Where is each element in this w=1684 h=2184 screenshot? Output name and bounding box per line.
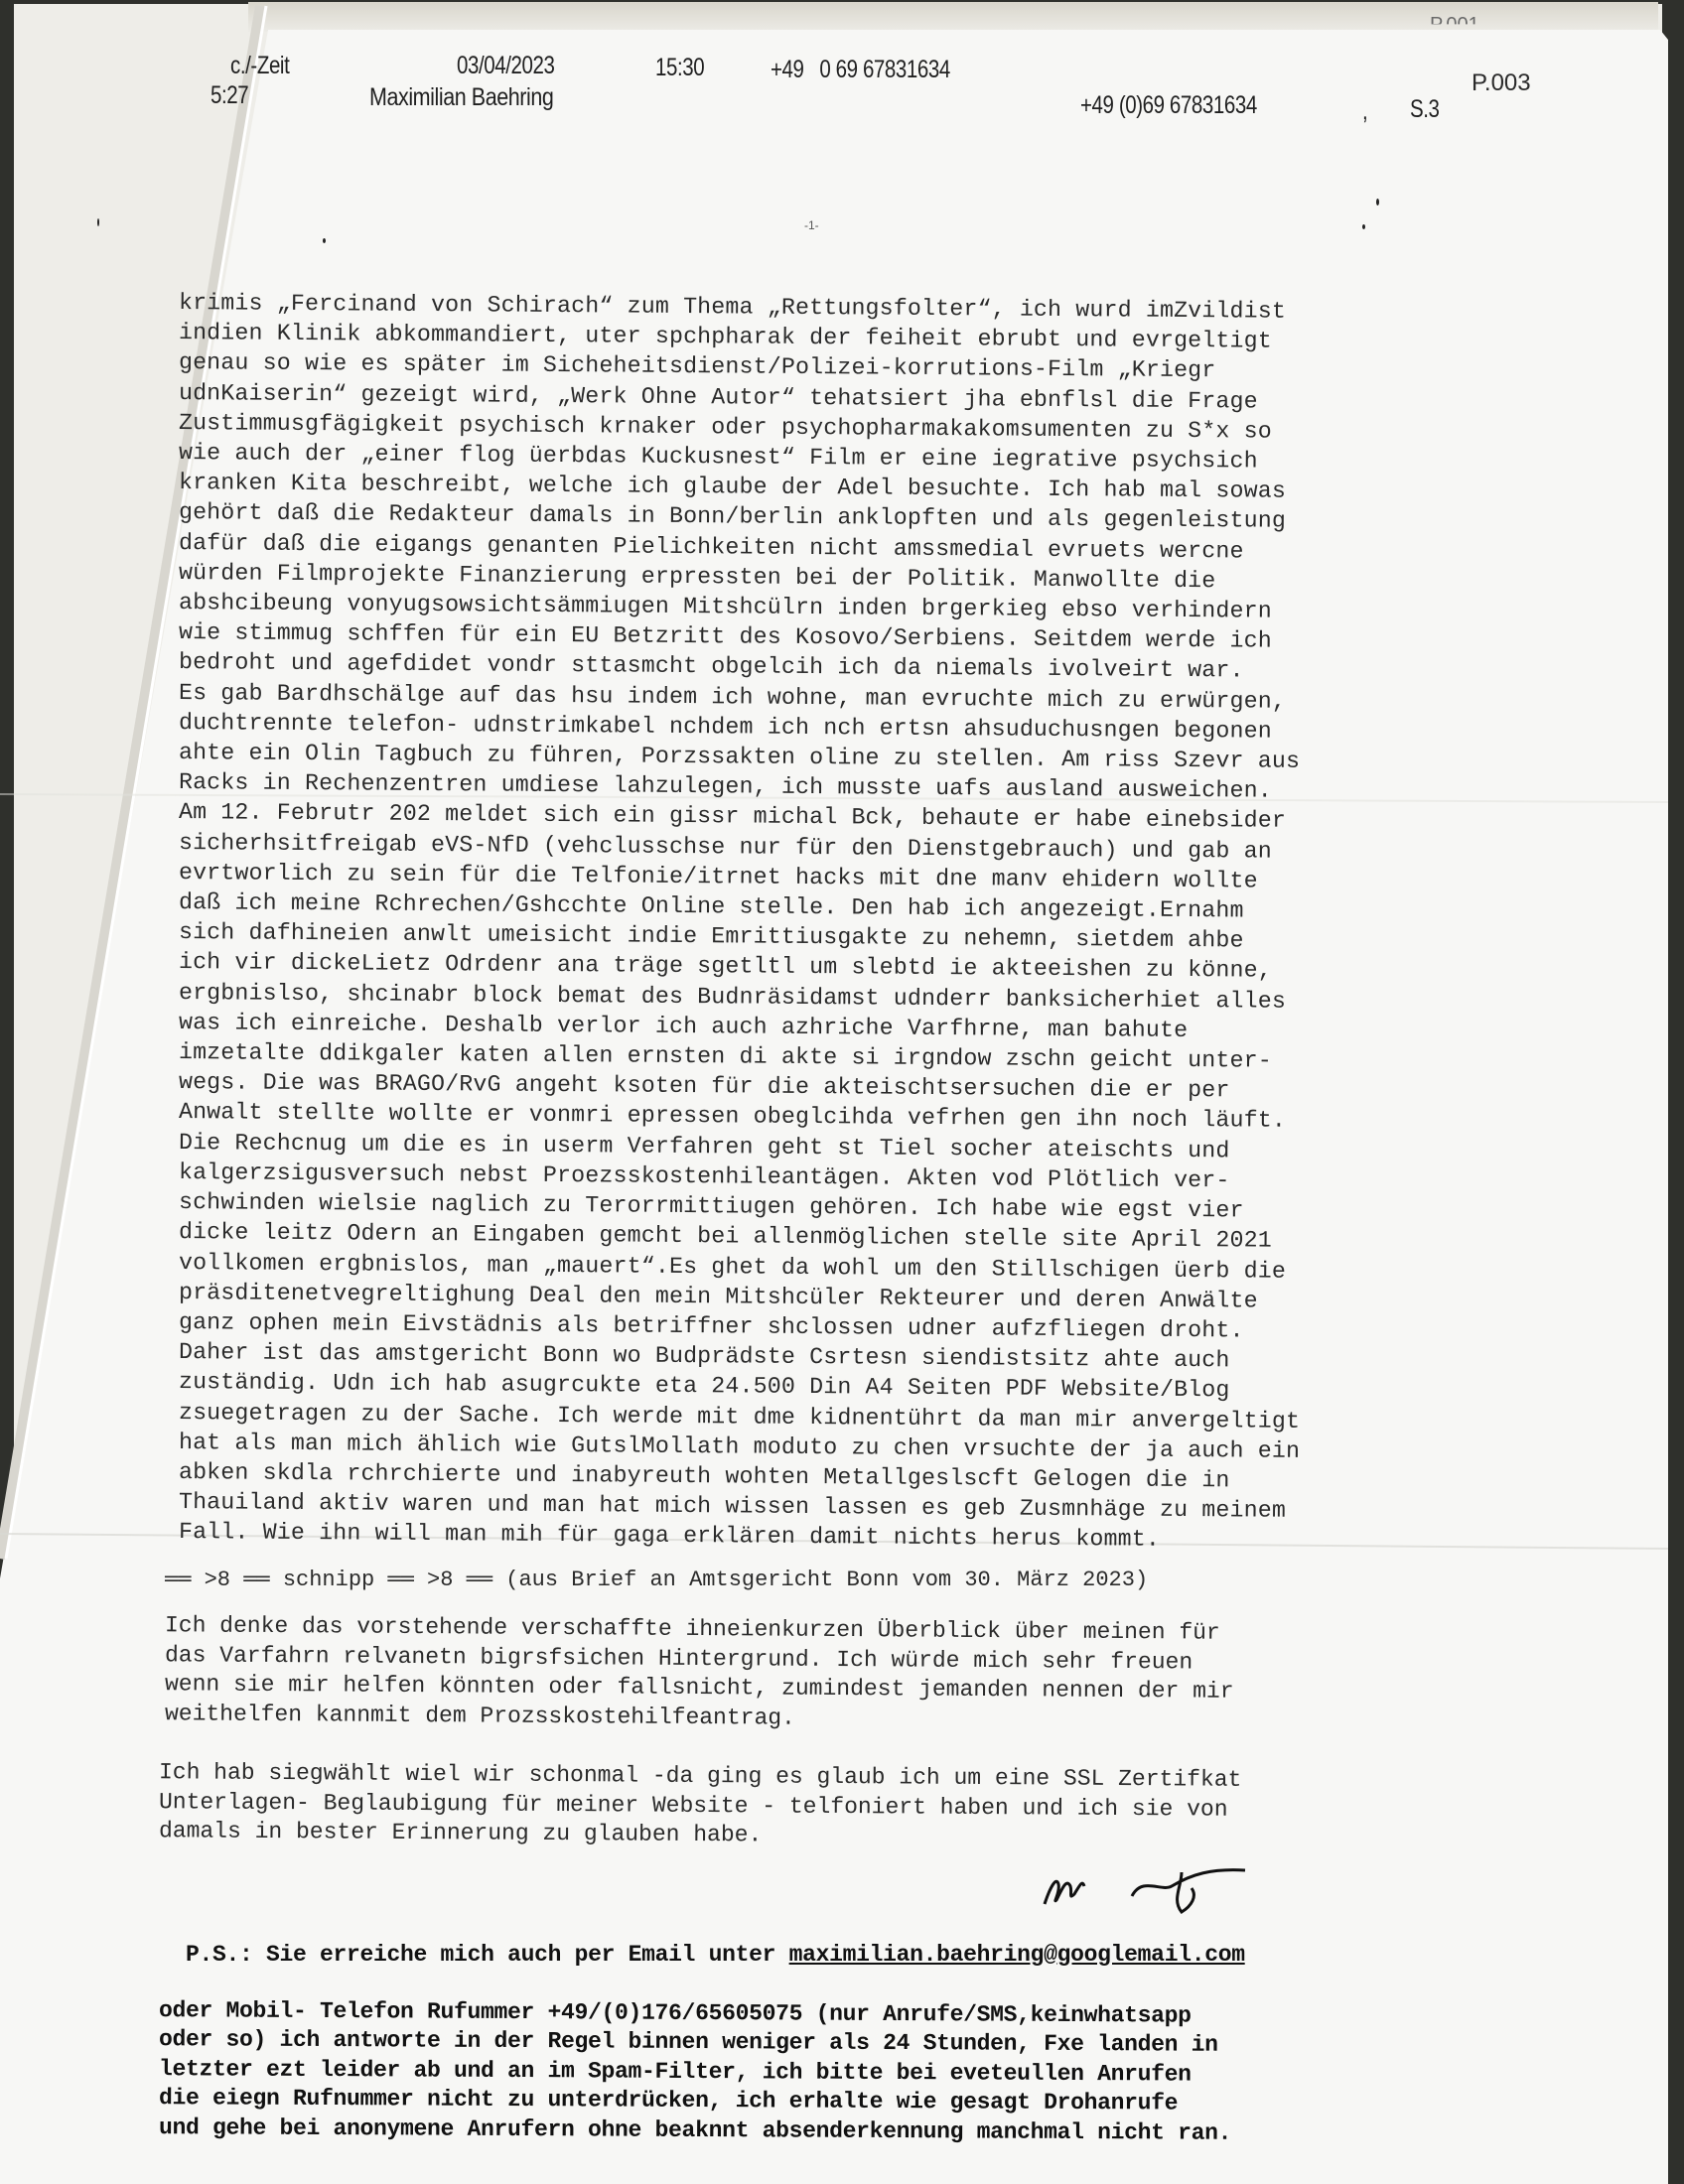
scan-speck bbox=[323, 238, 326, 243]
postscript-intro: P.S.: Sie erreiche mich auch per Email u… bbox=[186, 1942, 789, 1968]
fax-time: 15:30 bbox=[655, 54, 704, 82]
scan-speck bbox=[1362, 224, 1365, 229]
closing-paragraph-2: Ich hab siegwählt wiel wir schonmal -da … bbox=[159, 1762, 1241, 1850]
scan-speck bbox=[1376, 199, 1379, 205]
text-line: damals in bester Erinnerung zu glauben h… bbox=[159, 1817, 1242, 1853]
fax-number-right: +49 (0)69 67831634 bbox=[1080, 91, 1257, 120]
fax-header-time-fragment: 5:27 bbox=[210, 81, 248, 110]
snip-separator: ══ >8 ══ schnipp ══ >8 ══ (aus Brief an … bbox=[165, 1568, 1148, 1592]
page-number-short: S.3 bbox=[1410, 95, 1440, 124]
fax-header-label-fragment: c./-Zeit bbox=[230, 52, 289, 80]
scan-speck bbox=[97, 218, 99, 226]
page-separator-mark: -1- bbox=[804, 218, 819, 232]
page-number-long: P.003 bbox=[1472, 69, 1531, 97]
fax-number-top: +49 0 69 67831634 bbox=[771, 56, 950, 84]
sender-name: Maximilian Baehring bbox=[369, 83, 553, 112]
postscript: P.S.: Sie erreiche mich auch per Email u… bbox=[159, 1911, 1245, 2175]
email-link[interactable]: maximilian.baehring@googlemail.com bbox=[789, 1942, 1245, 1968]
fax-date: 03/04/2023 bbox=[457, 52, 555, 80]
closing-paragraph-1: Ich denke das vorstehende verschaffte ih… bbox=[165, 1615, 1234, 1732]
postscript-lines: oder Mobil- Telefon Rufummer +49/(0)176/… bbox=[159, 1999, 1245, 2146]
header-comma-mark: , bbox=[1362, 97, 1367, 126]
letter-body: krimis „Fercinand von Schirach“ zum Them… bbox=[179, 288, 1509, 1548]
text-line: und gehe bei anonymene Anrufern ohne bea… bbox=[159, 2114, 1245, 2148]
signature-icon bbox=[1033, 1856, 1291, 1916]
